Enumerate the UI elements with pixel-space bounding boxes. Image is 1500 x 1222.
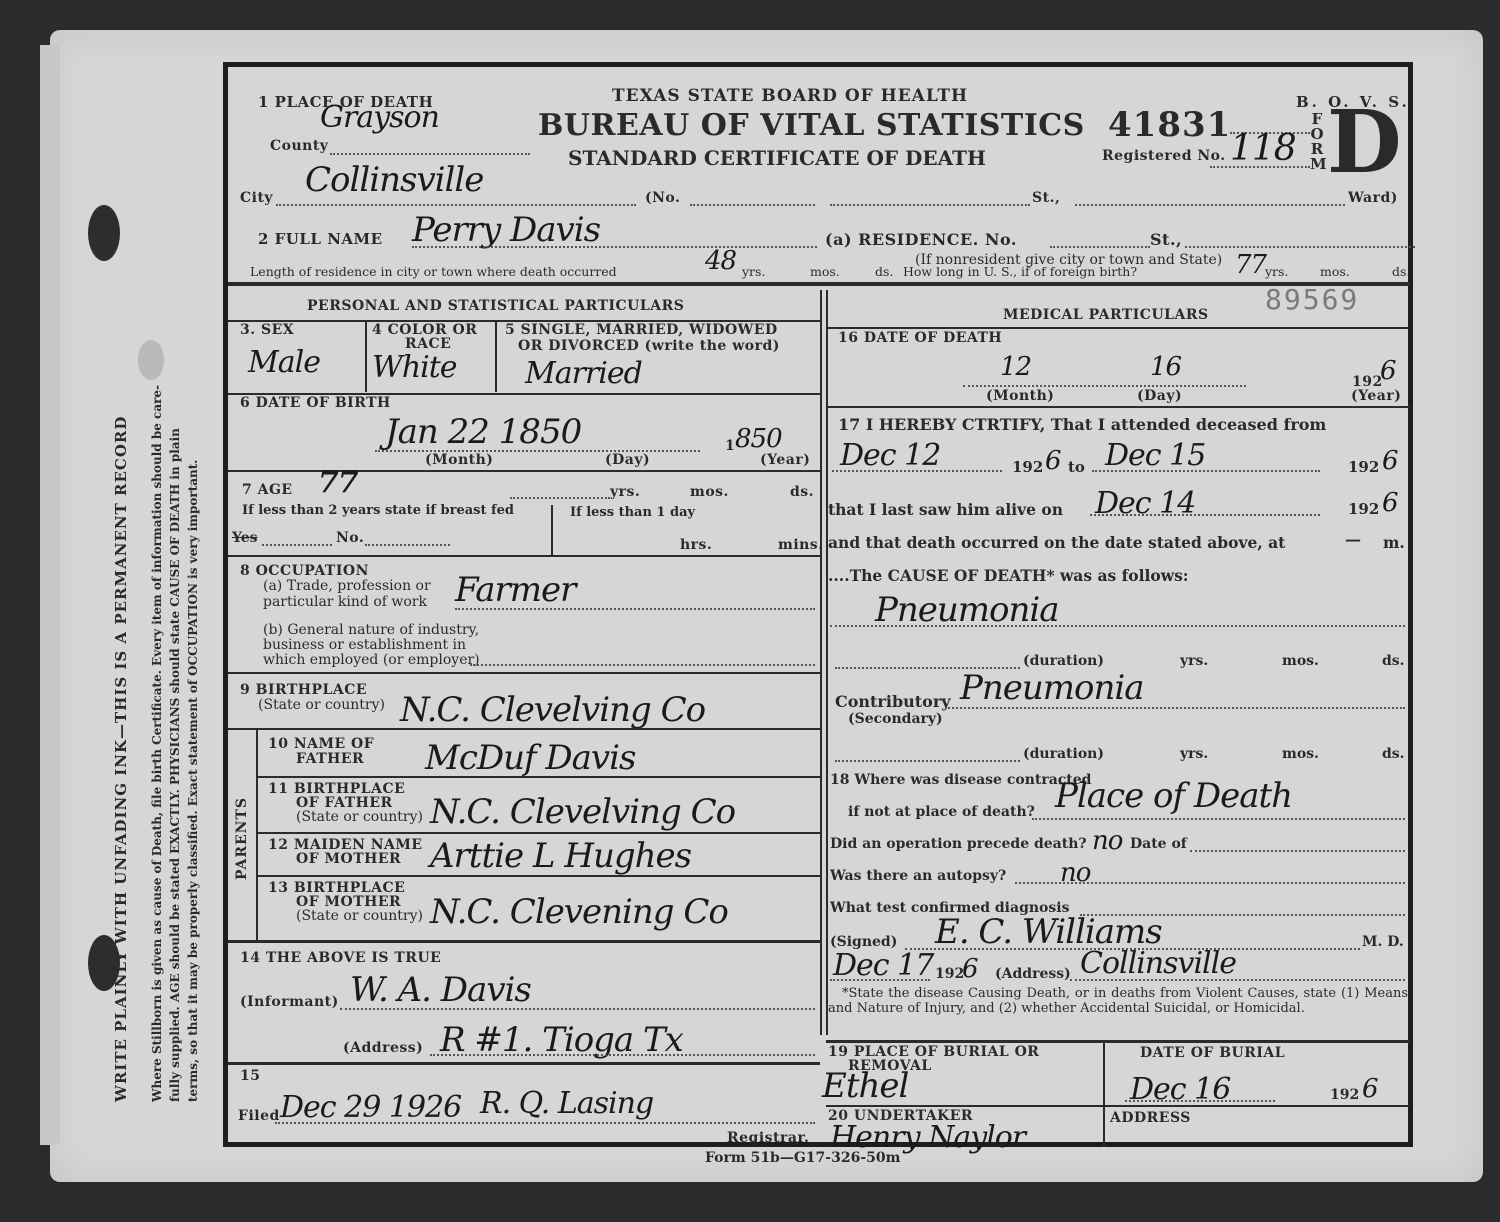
dod-month-label: (Month) [986, 388, 1054, 404]
race-value: White [372, 350, 457, 385]
cause-heading: ....The CAUSE OF DEATH* was as follows: [828, 566, 1189, 585]
county-line [330, 153, 530, 155]
form-letter-m: M [1310, 157, 1324, 172]
birthplace-sublabel: (State or country) [258, 697, 385, 713]
margin-instructions-2: fully supplied. AGE should be stated EXA… [168, 428, 182, 1102]
board-title: TEXAS STATE BOARD OF HEALTH [612, 86, 968, 106]
form-d-letter: D [1327, 100, 1402, 186]
secondary-label: (Secondary) [848, 711, 943, 727]
rule [826, 1105, 1410, 1107]
footnote: *State the disease Causing Death, or in … [828, 986, 1408, 1016]
filed-line [275, 1122, 815, 1124]
residence-yrs-label: yrs. [742, 264, 765, 279]
death-occurred-text: and that death occurred on the date stat… [828, 533, 1285, 552]
cause-value: Pneumonia [875, 590, 1059, 630]
contributory-duration-line [835, 760, 1020, 762]
rule [551, 505, 553, 555]
county-label: County [270, 138, 328, 154]
age-ds-label: ds. [790, 484, 814, 500]
contributory-ds-label: ds. [1382, 746, 1405, 762]
rule [258, 776, 820, 778]
full-name-label: 2 FULL NAME [258, 230, 383, 248]
mins-label: mins. [778, 537, 824, 553]
rule [258, 832, 820, 834]
informant-address-line [430, 1054, 815, 1056]
hrs-label: hrs. [680, 537, 712, 553]
contributory-duration-label: (duration) [1023, 746, 1104, 762]
attended-to-line [1092, 470, 1320, 472]
punch-hole-icon [88, 205, 120, 261]
foreign-yrs-label: yrs. [1265, 264, 1288, 279]
doctor-address-value: Collinsville [1080, 946, 1236, 981]
father-birthplace-label-3: (State or country) [296, 809, 423, 825]
foreign-mos-label: mos. [1320, 264, 1350, 279]
dod-year-label: (Year) [1351, 388, 1401, 404]
dod-label: 16 DATE OF DEATH [838, 330, 1002, 346]
dob-year-value: 850 [735, 424, 782, 454]
dob-day-label: (Day) [605, 452, 650, 468]
mother-name-value: Arttie L Hughes [430, 836, 691, 876]
dod-month-value: 12 [1000, 352, 1031, 382]
operation-label: Did an operation precede death? [830, 836, 1087, 852]
street-line [830, 204, 1030, 206]
city-label: City [240, 190, 273, 206]
city-value: Collinsville [305, 160, 483, 200]
burial-date-line [1125, 1100, 1275, 1102]
cause-ds-label: ds. [1382, 653, 1405, 669]
residence-length-label: Length of residence in city or town wher… [250, 264, 617, 279]
occupation-label: 8 OCCUPATION [240, 563, 369, 579]
full-name-value: Perry Davis [412, 210, 600, 250]
rule [258, 875, 820, 877]
dob-month-label: (Month) [425, 452, 493, 468]
registrar-signature: R. Q. Lasing [480, 1086, 653, 1121]
father-name-value: McDuf Davis [425, 738, 635, 778]
residence-label: (a) RESIDENCE. No. [825, 230, 1017, 249]
full-name-line [412, 246, 817, 248]
undertaker-address-label: ADDRESS [1110, 1110, 1191, 1126]
rule [256, 730, 258, 940]
last-saw-year-prefix: 192 [1348, 500, 1379, 518]
dod-line [963, 385, 1246, 387]
occupation-b-line [470, 664, 815, 666]
certificate-title: STANDARD CERTIFICATE OF DEATH [568, 146, 986, 170]
occupation-a-line [455, 608, 815, 610]
age-label: 7 AGE [242, 482, 293, 498]
margin-instructions-1: Where Stillborn is given as cause of Dea… [150, 385, 164, 1102]
doctor-address-line [1070, 979, 1405, 981]
last-saw-label: that I last saw him alive on [828, 500, 1063, 519]
dob-value: Jan 22 1850 [385, 412, 581, 452]
age-mos-label: mos. [690, 484, 729, 500]
form-number: Form 51b—G17-326-50m [705, 1150, 900, 1166]
street-no-label: (No. [645, 190, 680, 206]
informant-label: (Informant) [240, 994, 339, 1010]
last-saw-line [1090, 514, 1320, 516]
filed-label: Filed [238, 1108, 280, 1124]
marital-label-1: 5 SINGLE, MARRIED, WIDOWED [505, 322, 778, 338]
burial-place-value: Ethel [822, 1066, 908, 1106]
contributory-yrs-label: yrs. [1180, 746, 1208, 762]
foreign-ds-label: ds. [1392, 264, 1410, 279]
breast-fed-yes: Yes [232, 530, 258, 546]
street-no-line [690, 204, 815, 206]
mother-name-label-2: OF MOTHER [296, 851, 401, 867]
father-name-label-2: FATHER [296, 751, 364, 767]
dod-day-value: 16 [1150, 352, 1181, 382]
certify-text: 17 I HEREBY CTRTIFY, That I attended dec… [838, 415, 1326, 434]
burial-year-prefix: 192 [1330, 1087, 1359, 1103]
informant-value: W. A. Davis [350, 970, 531, 1010]
rule [828, 327, 1410, 329]
last-saw-year: 6 [1382, 488, 1398, 518]
occupation-b-label-1: (b) General nature of industry, [263, 622, 479, 638]
signed-date-line [830, 979, 930, 981]
death-time-m-label: m. [1383, 533, 1405, 552]
dod-day-label: (Day) [1137, 388, 1182, 404]
dob-year-label: (Year) [760, 452, 810, 468]
birthplace-label: 9 BIRTHPLACE [240, 682, 367, 698]
city-line [276, 204, 636, 206]
rule [1103, 1042, 1105, 1147]
attended-from-year: 6 [1045, 446, 1061, 476]
contributory-value: Pneumonia [960, 668, 1144, 708]
burial-date-label: DATE OF BURIAL [1140, 1045, 1285, 1061]
contributory-mos-label: mos. [1282, 746, 1319, 762]
rule [228, 470, 820, 472]
attended-to-value: Dec 15 [1105, 438, 1205, 473]
occupation-a-label-2: particular kind of work [263, 594, 427, 610]
secondary-stamp: 89569 [1265, 283, 1359, 316]
residence-ds-label: ds. [875, 264, 893, 279]
contracted-value: Place of Death [1055, 776, 1292, 816]
informant-line [340, 1008, 815, 1010]
doctor-address-label: (Address) [995, 966, 1071, 982]
contracted-label-2: if not at place of death? [848, 804, 1035, 820]
death-time-value: — [1345, 530, 1361, 549]
rule [228, 555, 820, 557]
birthplace-value: N.C. Clevelving Co [400, 690, 705, 730]
bureau-title: BUREAU OF VITAL STATISTICS [538, 108, 1085, 143]
rule [228, 672, 820, 674]
margin-instructions-3: terms, so that it may be properly classi… [186, 460, 200, 1102]
file-number-stamp: 41831 [1108, 105, 1231, 145]
occupation-value: Farmer [455, 570, 575, 610]
father-birthplace-value: N.C. Clevelving Co [430, 792, 735, 832]
father-name-label-1: 10 NAME OF [268, 736, 374, 752]
autopsy-line [1015, 882, 1405, 884]
registered-no-label: Registered No. [1102, 148, 1226, 164]
burial-year: 6 [1362, 1074, 1378, 1104]
medical-heading: MEDICAL PARTICULARS [1003, 307, 1209, 323]
contributory-line [945, 707, 1405, 709]
county-value: Grayson [320, 100, 439, 135]
breast-fed-yes-line [262, 544, 332, 546]
marital-label-2: OR DIVORCED (write the word) [518, 338, 780, 354]
operation-date-line [1190, 850, 1405, 852]
sex-value: Male [248, 345, 320, 380]
ward-label: Ward) [1348, 190, 1398, 206]
attended-from-value: Dec 12 [840, 438, 940, 473]
dod-year-value: 6 [1380, 356, 1396, 386]
attended-to-year: 6 [1382, 446, 1398, 476]
breast-fed-label: If less than 2 years state if breast fed [242, 503, 514, 518]
occupation-b-label-2: business or establishment in [263, 637, 466, 653]
ward-line [1075, 204, 1345, 206]
dob-line [375, 450, 700, 452]
cause-mos-label: mos. [1282, 653, 1319, 669]
contributory-label: Contributory [835, 692, 951, 711]
above-true-label: 14 THE ABOVE IS TRUE [240, 950, 441, 966]
column-divider [820, 290, 822, 1035]
rule [826, 1040, 1410, 1043]
residence-st-label: St., [1150, 230, 1182, 249]
contracted-line [1032, 818, 1405, 820]
attended-from-year-prefix: 192 [1012, 458, 1043, 476]
registered-no-line [1210, 166, 1310, 168]
foreign-birth-value: 77 [1235, 250, 1266, 280]
ink-blot-icon [138, 340, 164, 380]
rule [228, 1062, 820, 1065]
street-label: St., [1032, 190, 1060, 206]
form-vertical-label: F O R M [1310, 112, 1324, 172]
sex-label: 3. SEX [240, 322, 294, 338]
informant-address-label: (Address) [343, 1040, 423, 1056]
occupation-a-label-1: (a) Trade, profession or [263, 578, 431, 594]
residence-st-line [1185, 246, 1415, 248]
age-yrs-label: yrs. [610, 484, 640, 500]
breast-fed-no-line [365, 544, 450, 546]
column-divider-2 [826, 290, 828, 1035]
rule [228, 940, 820, 943]
occupation-b-label-3: which employed (or employer) [263, 652, 480, 668]
cause-line [830, 625, 1405, 627]
signed-year: 6 [962, 954, 978, 984]
residence-no-line [1050, 246, 1150, 248]
marital-value: Married [525, 356, 642, 391]
attended-from-line [832, 470, 1002, 472]
rule [495, 322, 497, 392]
residence-length-value: 48 [705, 246, 736, 276]
paper-edge [40, 45, 60, 1145]
operation-date-label: Date of [1130, 836, 1187, 852]
dob-label: 6 DATE OF BIRTH [240, 395, 391, 411]
registered-no-value: 118 [1230, 128, 1296, 169]
rule [228, 728, 820, 730]
foreign-birth-label: How long in U. S., if of foreign birth? [903, 264, 1137, 279]
cause-duration-label: (duration) [1023, 653, 1104, 669]
mother-birthplace-value: N.C. Clevening Co [430, 892, 728, 932]
attended-to-year-prefix: 192 [1348, 458, 1379, 476]
breast-fed-no: No. [336, 530, 364, 546]
filed-section-number: 15 [240, 1068, 260, 1084]
rule [365, 322, 367, 392]
residence-mos-label: mos. [810, 264, 840, 279]
mother-birthplace-label-3: (State or country) [296, 908, 423, 924]
filed-date-value: Dec 29 1926 [280, 1090, 461, 1125]
operation-value: no [1092, 826, 1122, 856]
rule [828, 406, 1410, 408]
age-value: 77 [318, 465, 358, 500]
parents-label: PARENTS [234, 797, 250, 880]
signed-year-prefix: 192 [935, 966, 964, 982]
cause-yrs-label: yrs. [1180, 653, 1208, 669]
age-yrs-line [510, 497, 610, 499]
header-divider [228, 282, 1410, 286]
margin-banner: WRITE PLAINLY WITH UNFADING INK—THIS IS … [112, 416, 130, 1102]
personal-heading: PERSONAL AND STATISTICAL PARTICULARS [307, 298, 684, 314]
md-label: M. D. [1362, 934, 1404, 950]
contracted-label-1: 18 Where was disease contracted [830, 772, 1091, 788]
to-label: to [1068, 458, 1085, 476]
dob-year-prefix: 1 [725, 438, 735, 454]
less-day-label: If less than 1 day [570, 505, 695, 520]
signed-date-value: Dec 17 [833, 948, 933, 983]
autopsy-label: Was there an autopsy? [830, 868, 1006, 884]
registrar-label: Registrar. [727, 1130, 809, 1146]
